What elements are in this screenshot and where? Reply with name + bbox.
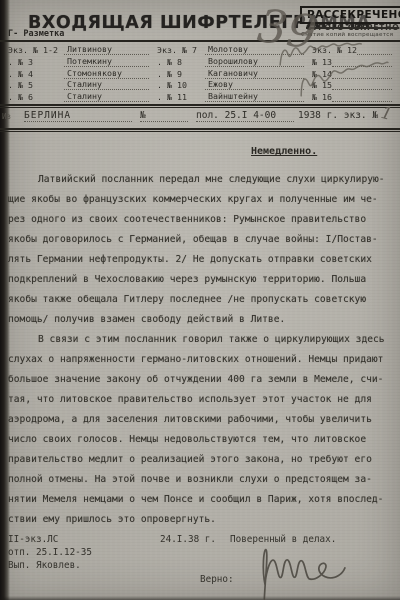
body-line: полной отмены. На этой почве и возникли … (8, 470, 396, 490)
telegram-date: 24.I.38 г. (160, 534, 216, 545)
telegram-body: Латвийский посланник передал мне следующ… (8, 170, 396, 530)
distribution-list: Экз. № 1-2 Литвинову Экз. № 7 Молотову Э… (8, 44, 392, 102)
recipient-name: Ежову (205, 79, 304, 90)
copy-number: . № 6 (8, 92, 64, 102)
recipient-name: Литвинову (64, 44, 149, 55)
body-line: помощь/ получив взамен свободу действий … (8, 310, 396, 330)
copy-number: № 16 (312, 92, 332, 102)
body-line: ствии ему пришлось это опровергнуть. (8, 510, 396, 530)
printed-note: отп. 25.I.12-35 (8, 547, 92, 558)
recipient-name: Вайнштейну (205, 91, 304, 102)
dotted-ruling (332, 68, 392, 79)
origin-line: Из БЕРЛИНА № пол. 25.I 4-00 1938 г. экз.… (0, 110, 400, 126)
recipient-name: Потемкину (64, 56, 149, 67)
distribution-row: . № 4 Стомонякову . № 9 Кагановичу № 14 (8, 68, 392, 79)
from-label: Из (2, 112, 11, 121)
horizontal-rule (0, 107, 400, 108)
dotted-ruling (332, 79, 392, 90)
body-line: щие якобы во французских коммерческих кр… (8, 190, 396, 210)
body-line: рез одного из своих соотечественников: Р… (8, 210, 396, 230)
copy-number: . № 3 (8, 57, 64, 67)
copy-number: . № 11 (157, 92, 205, 102)
copy-number: № 15 (312, 80, 332, 90)
distribution-row: . № 5 Сталину . № 10 Ежову № 15 (8, 79, 392, 90)
body-line: тая, что литовское правительство использ… (8, 390, 396, 410)
copy-number: Экз. № 12 (312, 45, 357, 55)
certified-label: Верно: (200, 574, 234, 585)
telegram-number-label: № (140, 110, 188, 122)
razmetka-text: Разметка (23, 29, 64, 39)
received-datetime: пол. 25.I 4-00 (196, 110, 294, 122)
body-line: аэродрома, а для заселения литовскими ра… (8, 410, 396, 430)
copy-number: Экз. № 7 (157, 45, 205, 55)
copy-number: Экз. № 1-2 (8, 45, 64, 55)
urgency-note: Немедленно. (251, 146, 317, 157)
body-line: слухах о напряженности германо-литовских… (8, 350, 396, 370)
body-line: подкреплений в Чехословакию через румынс… (8, 270, 396, 290)
copy-number: . № 10 (157, 80, 205, 90)
distribution-row: . № 6 Сталину . № 11 Вайнштейну № 16 (8, 91, 392, 102)
copies-note: II-экз.ЛС (8, 534, 58, 545)
dotted-ruling (332, 56, 392, 67)
horizontal-rule (0, 104, 400, 106)
body-line: якобы также обещала Гитлеру последнее /н… (8, 290, 396, 310)
body-line: нятии Мемеля немцами о чем Понсе и сообщ… (8, 490, 396, 510)
recipient-name: Стомонякову (64, 68, 149, 79)
copy-number: . № 8 (157, 57, 205, 67)
year-copy-label: 1938 г. экз. № (298, 110, 378, 121)
copy-number: № 13 (312, 57, 332, 67)
body-line: большое значение закону об отчуждении 40… (8, 370, 396, 390)
handwritten-page-number: 39 (255, 0, 320, 60)
body-line: В связи с этим посланник говорил также о… (8, 330, 396, 350)
issued-by-note: Вып. Яковлев. (8, 560, 81, 571)
recipient-name: Ворошилову (205, 56, 304, 67)
origin-city: БЕРЛИНА (24, 110, 132, 122)
cipher-telegram-scan: ВХОДЯЩАЯ ШИФРТЕЛЕГРАММА РАССЕКРЕЧЕНО СТР… (0, 0, 400, 600)
body-line: число своих голосов. Немцы недовольствую… (8, 430, 396, 450)
signature (246, 542, 350, 600)
horizontal-rule (0, 128, 400, 130)
recipient-name: Сталину (64, 79, 149, 90)
horizontal-rule (0, 131, 400, 132)
recipient-name: Кагановичу (205, 68, 304, 79)
copy-number: . № 9 (157, 69, 205, 79)
dotted-ruling (357, 44, 392, 55)
secrecy-classification-struck: СТРОГО СЕКРЕТНО (306, 23, 399, 32)
copy-number: . № 4 (8, 69, 64, 79)
horizontal-rule (0, 40, 400, 42)
handwritten-mark: Г- (8, 29, 18, 39)
body-line: Латвийский посланник передал мне следующ… (8, 170, 396, 190)
dotted-ruling (332, 91, 392, 102)
distribution-row: . № 3 Потемкину . № 8 Ворошилову № 13 (8, 56, 392, 67)
body-line: лять Германии нефтепродукты. 2/ Не допус… (8, 250, 396, 270)
distribution-row: Экз. № 1-2 Литвинову Экз. № 7 Молотову Э… (8, 44, 392, 55)
copy-number: . № 5 (8, 80, 64, 90)
recipient-name: Сталину (64, 91, 149, 102)
body-line: правительство медлит о реализацией этого… (8, 450, 396, 470)
copy-number: № 14 (312, 69, 332, 79)
body-line: якобы договорилось с Германией, обещав в… (8, 230, 396, 250)
